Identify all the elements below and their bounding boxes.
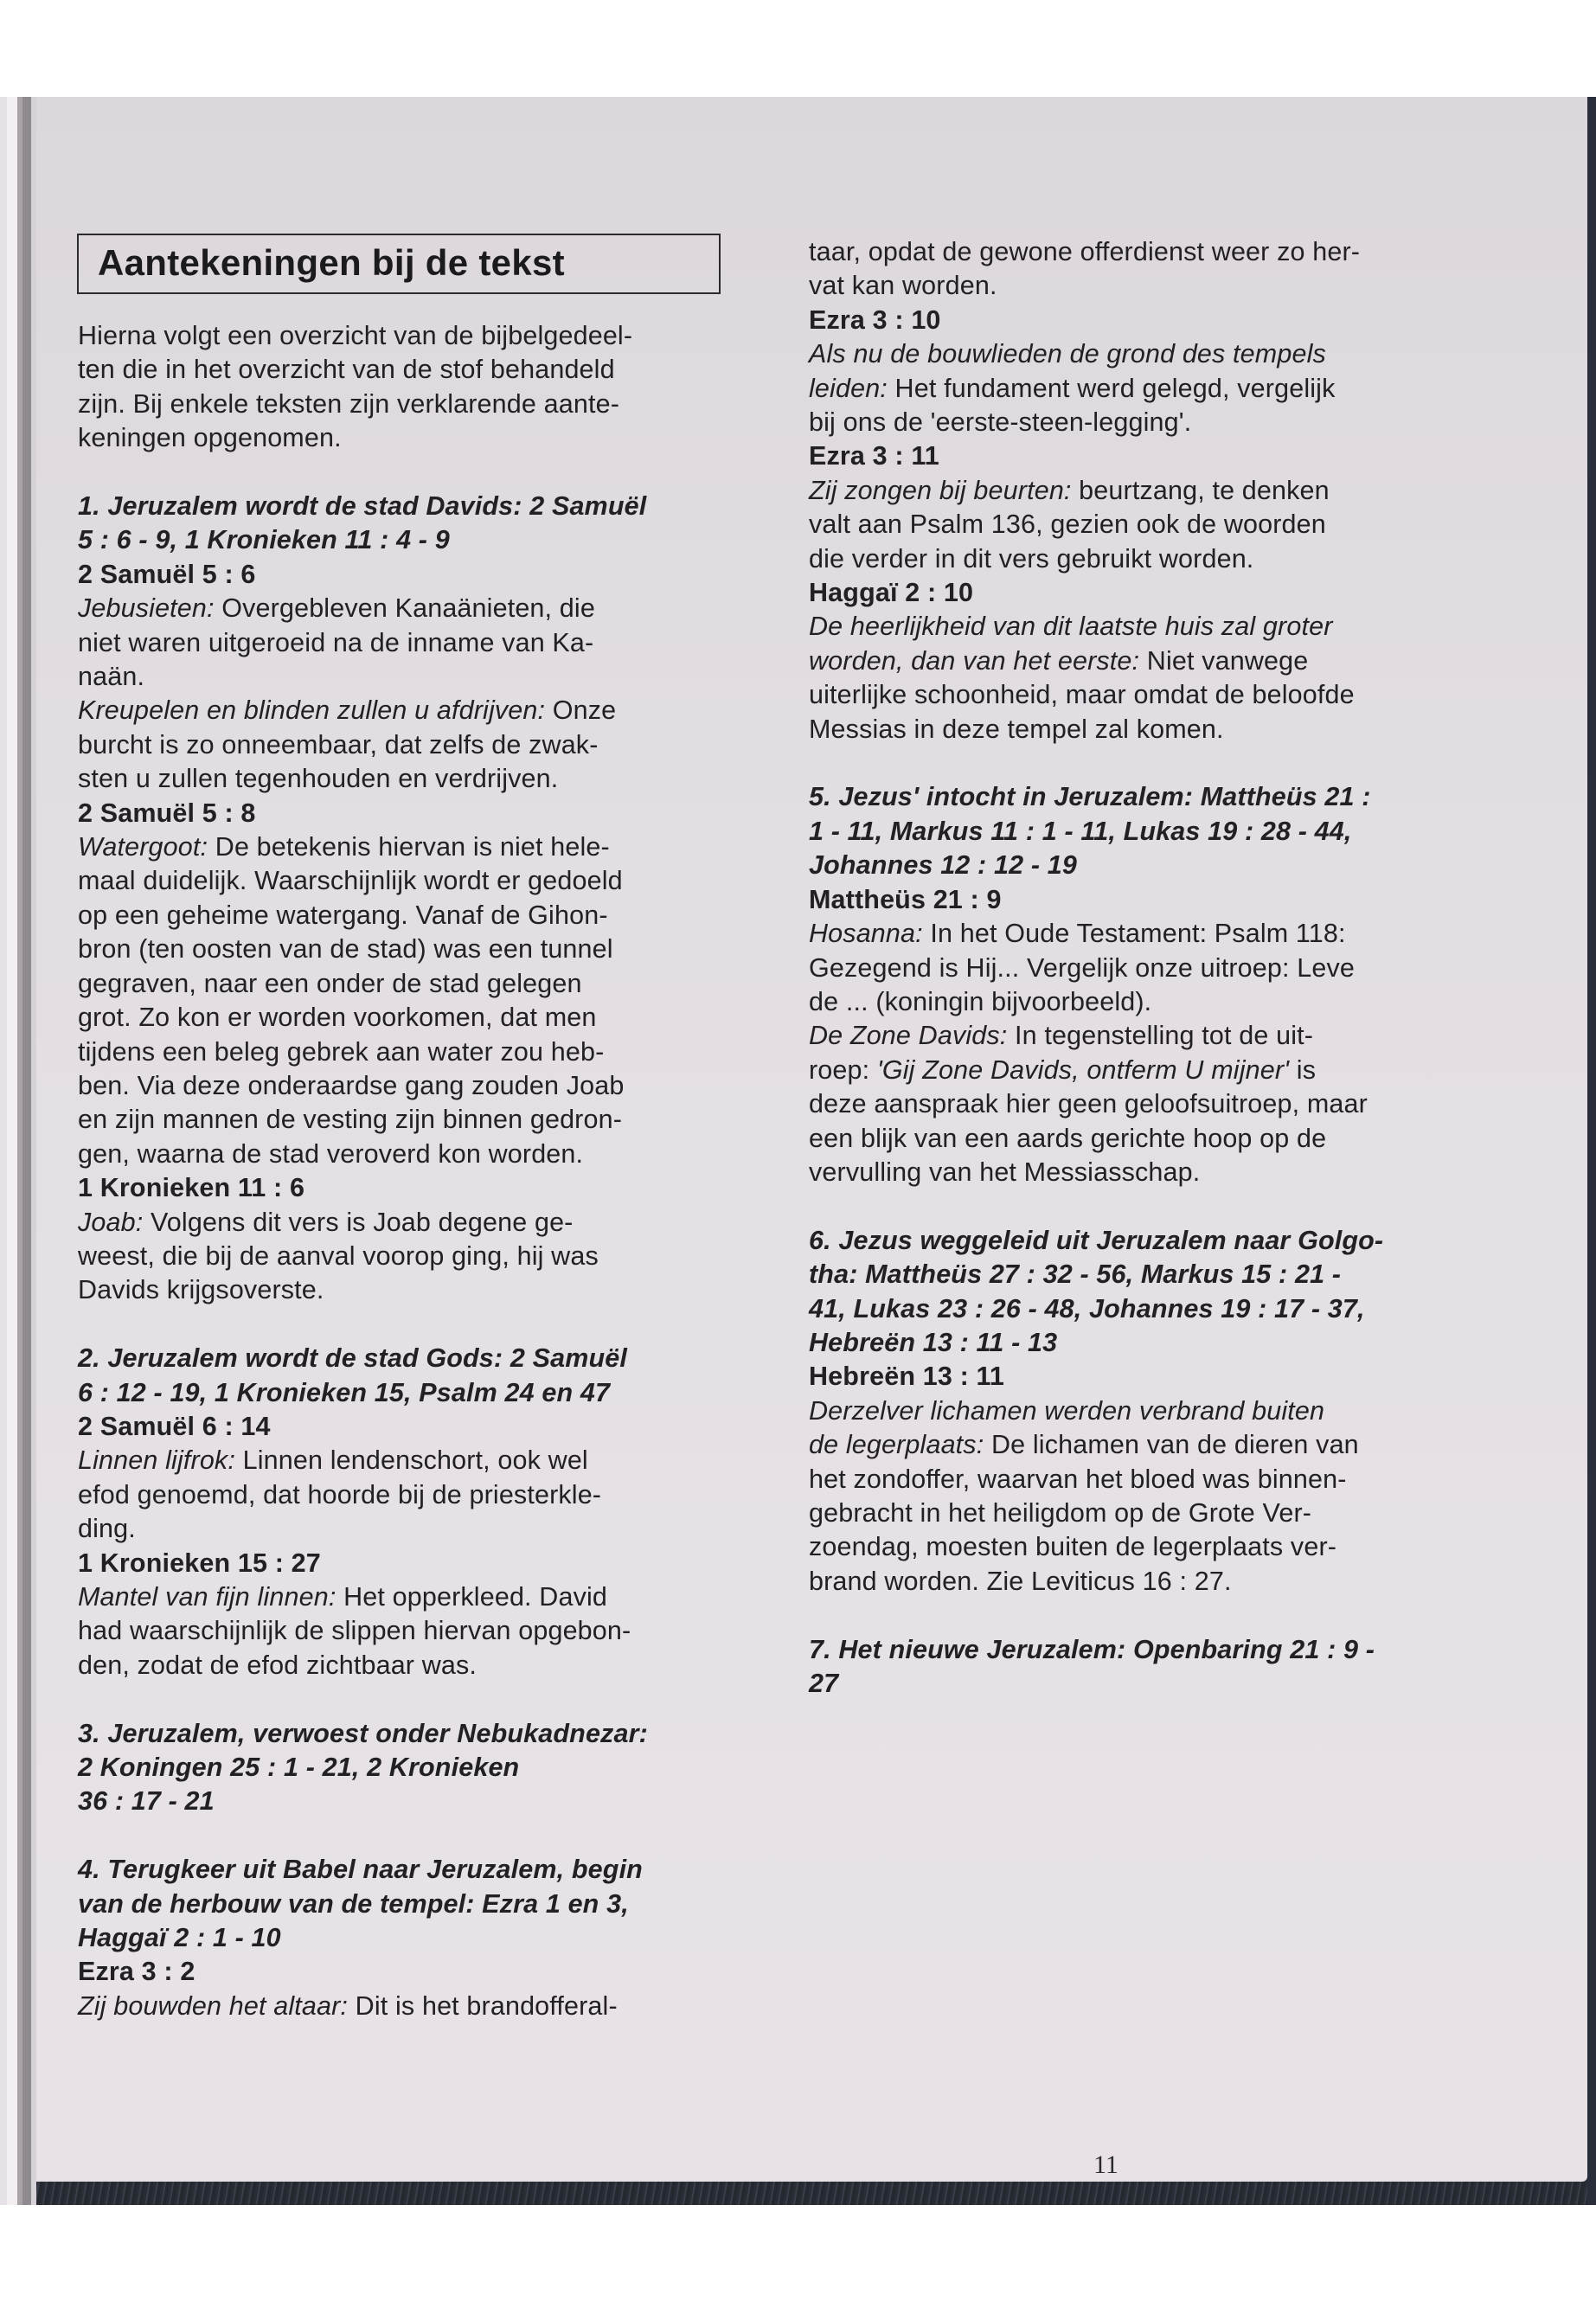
section-heading: 6. Jezus weggeleid uit Jeruzalem naar Go… [809,1224,1466,1258]
section-heading: 5. Jezus' intocht in Jeruzalem: Mattheüs… [809,780,1466,814]
section-4: 4. Terugkeer uit Babel naar Jeruzalem, b… [78,1853,735,2023]
section-heading: 5 : 6 - 9, 1 Kronieken 11 : 4 - 9 [78,523,735,557]
note-term: Zij bouwden het altaar: [78,1991,348,2021]
section-heading: tha: Mattheüs 27 : 32 - 56, Markus 15 : … [809,1258,1466,1292]
note-term: Hosanna: [809,919,923,948]
section-heading: 3. Jeruzalem, verwoest onder Nebukadneza… [78,1717,735,1751]
note-term: Als nu de bouwlieden de grond des tempel… [809,337,1466,371]
section-heading: Haggaï 2 : 1 - 10 [78,1921,735,1955]
section-2: 2. Jeruzalem wordt de stad Gods: 2 Samuë… [78,1342,735,1682]
note-term: de legerplaats: [809,1430,984,1459]
intro-paragraph: Hierna volgt een overzicht van de bijbel… [78,319,735,456]
section-heading: 4. Terugkeer uit Babel naar Jeruzalem, b… [78,1853,735,1887]
section-5: 5. Jezus' intocht in Jeruzalem: Mattheüs… [809,780,1466,1189]
section-heading: 2 Koningen 25 : 1 - 21, 2 Kronieken [78,1751,735,1785]
section-heading: Johannes 12 : 12 - 19 [809,849,1466,882]
quote: 'Gij Zone Davids, ontferm U mijner' [877,1055,1289,1085]
note-term: Joab: [78,1208,143,1237]
section-heading: 7. Het nieuwe Jeruzalem: Openbaring 21 :… [809,1633,1466,1667]
note-term: Jebusieten: [78,593,215,623]
note-term: Mantel van fijn linnen: [78,1582,336,1612]
section-heading: Hebreën 13 : 11 - 13 [809,1326,1466,1360]
note-term: worden, dan van het eerste: [809,646,1139,676]
book-spine [0,97,36,2205]
section-heading: 36 : 17 - 21 [78,1785,735,1818]
note-term: Zij zongen bij beurten: [809,476,1072,505]
section-heading: 1 - 11, Markus 11 : 1 - 11, Lukas 19 : 2… [809,815,1466,849]
verse-reference: 1 Kronieken 15 : 27 [78,1547,735,1580]
note-term: leiden: [809,374,888,403]
verse-reference: Ezra 3 : 11 [809,439,1466,473]
note-term: Linnen lijfrok: [78,1445,235,1475]
section-heading: 41, Lukas 23 : 26 - 48, Johannes 19 : 17… [809,1292,1466,1326]
note-term: Derzelver lichamen werden verbrand buite… [809,1394,1466,1428]
right-column: taar, opdat de gewone offerdienst weer z… [809,235,1466,1701]
section-4-continued: taar, opdat de gewone offerdienst weer z… [809,235,1466,747]
verse-reference: 1 Kronieken 11 : 6 [78,1171,735,1205]
verse-reference: Hebreën 13 : 11 [809,1360,1466,1394]
verse-reference: Ezra 3 : 2 [78,1955,735,1989]
verse-reference: Mattheüs 21 : 9 [809,883,1466,917]
note-term: Watergoot: [78,832,208,862]
book-page: Aantekeningen bij de tekst Hierna volgt … [36,97,1587,2182]
section-7: 7. Het nieuwe Jeruzalem: Openbaring 21 :… [809,1633,1466,1702]
verse-reference: 2 Samuël 6 : 14 [78,1410,735,1444]
verse-reference: 2 Samuël 5 : 8 [78,797,735,830]
section-3: 3. Jeruzalem, verwoest onder Nebukadneza… [78,1717,735,1819]
note-term: De Zone Davids: [809,1021,1007,1050]
section-6: 6. Jezus weggeleid uit Jeruzalem naar Go… [809,1224,1466,1599]
page-edge [1587,97,1596,2205]
section-heading: 1. Jeruzalem wordt de stad Davids: 2 Sam… [78,490,735,523]
note-term: Kreupelen en blinden zullen u afdrijven: [78,695,545,725]
verse-reference: 2 Samuël 5 : 6 [78,558,735,592]
page-number: 11 [1093,2150,1118,2180]
section-heading: 6 : 12 - 19, 1 Kronieken 15, Psalm 24 en… [78,1376,735,1410]
section-heading: 2. Jeruzalem wordt de stad Gods: 2 Samuë… [78,1342,735,1375]
note-term: De heerlijkheid van dit laatste huis zal… [809,610,1466,644]
verse-reference: Ezra 3 : 10 [809,304,1466,337]
section-heading: 27 [809,1667,1466,1701]
section-1: 1. Jeruzalem wordt de stad Davids: 2 Sam… [78,490,735,1308]
verse-reference: Haggaï 2 : 10 [809,576,1466,610]
left-column: Hierna volgt een overzicht van de bijbel… [78,319,735,2023]
page-title: Aantekeningen bij de tekst [77,234,721,294]
section-heading: van de herbouw van de tempel: Ezra 1 en … [78,1888,735,1921]
